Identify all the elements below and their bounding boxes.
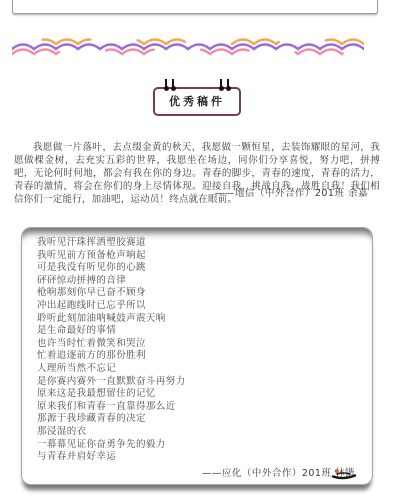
wave-purple-line (12, 45, 364, 50)
boat-doodle-hull-stroke (333, 476, 355, 479)
poem-card: 我听见汗珠挥洒塑胶赛道 我听见前方预备枪声响起 可是我没有听见你的心跳 砰砰惊动… (21, 227, 373, 485)
poem-line: 一幕幕见证你奋勇争先的毅力 (37, 439, 357, 452)
wave-orange-line (12, 40, 364, 45)
poem-line: 那浸湿的衣 (37, 426, 357, 439)
excellent-manuscript-badge: 优秀稿件 (153, 87, 241, 116)
previous-section-box (12, 0, 378, 14)
poem-line: 那源于我珍藏青春的决定 (37, 413, 357, 426)
poem-line: 人理所当然不忘记 (37, 363, 357, 376)
wave-divider (12, 36, 364, 60)
poem-line: 我听见汗珠挥洒塑胶赛道 (37, 237, 357, 250)
poem-line: 是生命最好的事情 (37, 325, 357, 338)
essay-attribution: ——地信（中外合作）201班 余嘉 (215, 185, 368, 199)
poem-line: 原来我们和青春一直靠得那么近 (37, 401, 357, 414)
poem-line: 聆听此刻加油呐喊鼓声震天响 (37, 313, 357, 326)
poem-line: 砰砰惊动拼搏的音律 (37, 275, 357, 288)
poem-line: 忙着追逐前方的那份胜利 (37, 350, 357, 363)
poem-line: 冲出起跑线时已忘乎所以 (37, 300, 357, 313)
pin-icon (220, 79, 222, 89)
article-page: 优秀稿件 我愿做一片落叶，去点缀金黄的秋天，我愿做一颗恒星，去装饰耀眼的星河，我… (0, 0, 394, 500)
poem-attribution: ——应化（中外合作）201班 林锴 (37, 465, 357, 479)
poem-line: 我听见前方预备枪声响起 (37, 250, 357, 263)
boat-doodle-accent-dot (335, 469, 339, 473)
poem-line: 原来这是我最想留住的记忆 (37, 388, 357, 401)
pin-icon (172, 79, 174, 89)
boat-doodle-icon (331, 468, 357, 481)
badge-label: 优秀稿件 (169, 95, 225, 108)
poem-line: 与青春并肩好幸运 (37, 451, 357, 464)
pin-icon (165, 79, 167, 89)
boat-doodle-upper-stroke (337, 473, 350, 474)
poem-line: 是你赛内赛外一直默默奋斗再努力 (37, 376, 357, 389)
poem-line: 可是我没有听见你的心跳 (37, 262, 357, 275)
poem-line: 也许当时忙着微笑和哭泣 (37, 338, 357, 351)
badge-container: 优秀稿件 (0, 87, 394, 116)
poem-line: 枪响那刻你早已奋不顾身 (37, 287, 357, 300)
pin-icon (227, 79, 229, 89)
